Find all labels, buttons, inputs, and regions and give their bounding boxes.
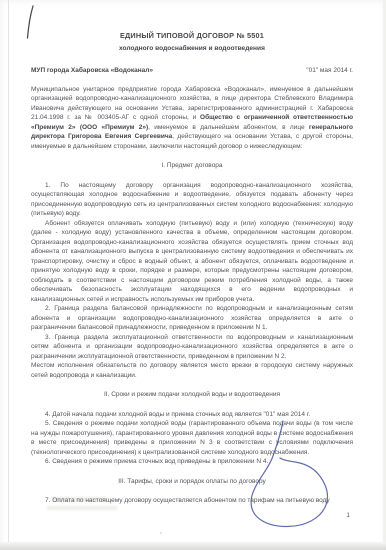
ink-bleedthrough-mark — [47, 506, 117, 510]
preamble-paragraph: Муниципальное унитарное предприятие горо… — [31, 85, 353, 152]
pen-loop-icon — [240, 416, 340, 534]
document-title: ЕДИНЫЙ ТИПОВОЙ ДОГОВОР № 5501 — [31, 31, 353, 41]
document-subtitle: холодного водоснабжения и водоотведения — [31, 44, 353, 54]
clause-2: 2. Граница раздела балансовой принадлежн… — [31, 304, 353, 333]
scanned-contract-page: ЕДИНЫЙ ТИПОВОЙ ДОГОВОР № 5501 холодного … — [0, 0, 386, 550]
scan-edge-bottom — [0, 542, 386, 550]
organization-name: МУП города Хабаровска «Водоканал» — [31, 66, 153, 76]
clause-3-note: Местом исполнения обязательств по догово… — [31, 361, 353, 380]
scan-speck — [160, 532, 162, 534]
clause-1-continued: Абонент обязуется оплачивать холодную (п… — [31, 219, 353, 305]
scan-edge-left — [8, 0, 9, 550]
parties-date-row: МУП города Хабаровска «Водоканал» "01" м… — [31, 66, 353, 76]
page-number: 1 — [346, 512, 350, 519]
preamble-text: , именуемое в дальнейшем абонентом, в ли… — [148, 124, 309, 131]
clause-3: 3. Граница раздела эксплуатационной отве… — [31, 333, 353, 362]
section-1-heading: I. Предмет договора — [31, 161, 353, 171]
contract-date: "01" мая 2014 г. — [306, 66, 353, 76]
section-2-heading: II. Сроки и режим подачи холодной воды и… — [31, 390, 353, 400]
clause-1: 1. По настоящему договору организация во… — [31, 181, 353, 219]
